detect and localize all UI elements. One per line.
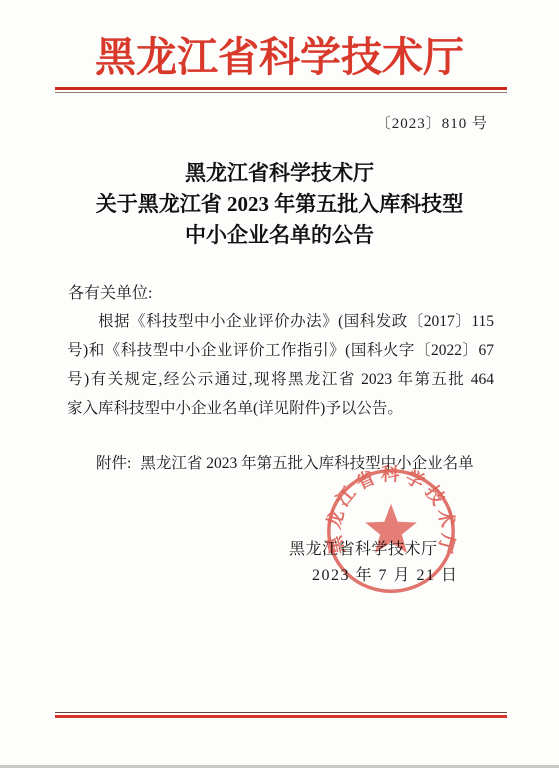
official-seal: 黑龙江省科学技术厅 [322, 463, 460, 599]
body-paragraph: 根据《科技型中小企业评价办法》(国科发政〔2017〕115 号)和《科技型中小企… [67, 307, 494, 423]
footer-divider [55, 712, 507, 718]
letterhead-divider [55, 87, 507, 93]
letterhead-divider-thin-line [55, 92, 507, 93]
paragraph-line-2: 号)和《科技型中小企业评价工作指引》(国科火字〔2022〕67 [67, 336, 494, 365]
paragraph-line-3: 号)有关规定,经公示通过,现将黑龙江省 2023 年第五批 464 [67, 365, 494, 394]
document-title-line-2: 关于黑龙江省 2023 年第五批入库科技型 [0, 189, 559, 220]
document-page: 黑龙江省科学技术厅 〔2023〕810 号 黑龙江省科学技术厅 关于黑龙江省 2… [0, 0, 559, 768]
footer-divider-thin-line [55, 712, 507, 713]
footer-divider-red-line [55, 715, 507, 718]
salutation: 各有关单位: [68, 280, 152, 303]
document-number: 〔2023〕810 号 [376, 112, 488, 133]
document-title-line-1: 黑龙江省科学技术厅 [0, 158, 559, 189]
document-title: 黑龙江省科学技术厅 关于黑龙江省 2023 年第五批入库科技型 中小企业名单的公… [0, 158, 559, 251]
official-seal-graphic: 黑龙江省科学技术厅 [322, 463, 460, 599]
document-title-line-3: 中小企业名单的公告 [0, 220, 559, 251]
seal-star-icon [365, 504, 417, 553]
paragraph-line-4: 家入库科技型中小企业名单(详见附件)予以公告。 [67, 394, 494, 423]
paragraph-line-1: 根据《科技型中小企业评价办法》(国科发政〔2017〕115 [67, 307, 494, 336]
attachment-label: 附件: [96, 455, 131, 472]
letterhead-divider-red-line [55, 87, 507, 90]
letterhead-agency-title: 黑龙江省科学技术厅 [0, 33, 559, 82]
